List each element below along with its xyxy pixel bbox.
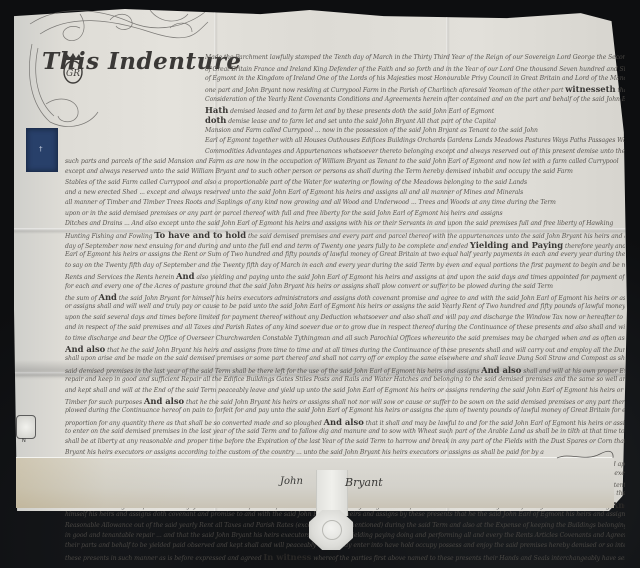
stamp-mark: † [39, 145, 43, 153]
text-line: such parts and parcels of the said Mansi… [65, 157, 625, 167]
line-text: to say on the Twenty fifth day of Septem… [65, 262, 625, 269]
line-text: shall upon arise and be made on the said… [65, 355, 625, 362]
line-text: and in respect of the said premises and … [65, 324, 625, 331]
emphasized-keyword: Hath [205, 105, 228, 115]
seal-emblem-icon [322, 520, 342, 540]
text-line: Ditches and Drains ... And also except u… [65, 219, 625, 229]
line-text: all manner of Timber and Timber Trees Ro… [65, 199, 556, 206]
emphasized-keyword: And also [65, 344, 105, 354]
paper-seal [309, 510, 353, 550]
line-text: Bryant his heirs executors or assigns ac… [65, 449, 544, 456]
line-text: Hunting Fishing and Fowling [65, 233, 152, 240]
text-line: to say on the Twenty fifth day of Septem… [65, 261, 625, 271]
text-line: these presents in such manner as is befo… [65, 552, 625, 562]
text-line: upon the said several days and times bef… [65, 313, 625, 323]
line-text: the sum of [65, 295, 97, 302]
text-line: Hunting Fishing and Fowling To have and … [65, 230, 625, 240]
emphasized-keyword: witnesseth [565, 84, 615, 94]
text-line: Earl of Egmont together with all Houses … [65, 136, 625, 146]
line-text: for each and every one of the Acres of p… [65, 283, 553, 290]
emphasized-keyword: And also [481, 365, 521, 375]
line-text: Rents and Services the Rents herein [65, 274, 174, 281]
line-text: demised leased and to farm let and by th… [230, 108, 494, 115]
line-text: Mansion and Farm called Currypool ... no… [205, 127, 538, 134]
text-line: to time discharge and bear the Office of… [65, 334, 625, 344]
line-text: the said demised premises and every part… [248, 233, 625, 240]
line-text: to enter on the said demised premises in… [65, 428, 625, 435]
emphasized-keyword: And [176, 271, 194, 281]
embossed-duty-stamp [16, 415, 36, 439]
line-text: upon the said several days and times bef… [65, 314, 625, 321]
seal-tag-strip [316, 470, 348, 516]
line-text: shall be at liberty at any reasonable an… [65, 438, 625, 445]
text-line: day of September now next ensuing for an… [65, 240, 625, 250]
text-line: Commodities Advantages and Appurtenances… [65, 147, 625, 157]
text-line: to enter on the said demised premises in… [65, 427, 625, 437]
line-text: whereof the parties first above named to… [313, 555, 625, 562]
line-text: Commodities Advantages and Appurtenances… [205, 148, 625, 155]
signature-fold-band [16, 457, 614, 508]
line-text: Consideration of the Yearly Rent Covenan… [205, 96, 625, 103]
line-text: and a new erected Shed ... except and al… [65, 189, 523, 196]
signature-last-name: Bryant [345, 476, 383, 489]
line-text: of Egmont in the Kingdom of Ireland One … [205, 75, 625, 82]
line-text: Earl of Egmont together with all Houses … [205, 137, 625, 144]
line-text: these presents in such manner as is befo… [65, 555, 262, 562]
text-line: Made the Parchment lawfully stamped the … [65, 53, 625, 63]
emphasized-keyword: In witness [263, 552, 311, 562]
text-line: of Egmont in the Kingdom of Ireland One … [65, 74, 625, 84]
text-line: upon or in the said demised premises or … [65, 209, 625, 219]
line-text: Ditches and Drains ... And also except u… [65, 220, 613, 227]
duty-stamp-label: N [22, 438, 26, 444]
line-text: therefore yearly and every year during t… [565, 243, 625, 250]
line-text: proportion for any quantity there as tha… [65, 420, 322, 427]
line-text: that he the said John Bryant his heirs o… [186, 399, 625, 406]
emphasized-keyword: And [98, 292, 116, 302]
line-text: demise lease and to farm let and set unt… [228, 118, 496, 125]
signature-first-name: John [280, 476, 303, 487]
text-line: the sum of And the said John Bryant for … [65, 292, 625, 302]
line-text: that the said John Earl of Egmont for an… [617, 87, 625, 94]
line-text: said demised premises in the last year o… [65, 368, 479, 375]
line-text: plowed during the Continuance hereof on … [65, 407, 625, 414]
text-line: doth demise lease and to farm let and se… [65, 115, 625, 125]
line-text: and kept shall and will at the End of th… [65, 387, 625, 394]
line-text: also yielding and paying unto the said J… [196, 274, 625, 281]
line-text: Made the Parchment lawfully stamped the … [205, 54, 625, 61]
text-line: all manner of Timber and Timber Trees Ro… [65, 198, 625, 208]
emphasized-keyword: doth [205, 115, 226, 125]
text-line: Timber for such purposes And also that h… [65, 396, 625, 406]
emphasized-keyword: And also [144, 396, 184, 406]
line-text: repair and keep in good and sufficient R… [65, 376, 625, 383]
text-line: one part and John Bryant now residing at… [65, 84, 625, 94]
text-line: Earl of Egmont his heirs or assigns the … [65, 250, 625, 260]
emphasized-keyword: And also [324, 417, 364, 427]
text-line: plowed during the Continuance hereof on … [65, 406, 625, 416]
line-text: to time discharge and bear the Office of… [65, 335, 625, 342]
text-line: except and always reserved unto the said… [65, 167, 625, 177]
text-line: shall be at liberty at any reasonable an… [65, 437, 625, 447]
line-text: the said John Bryant for himself his hei… [119, 295, 625, 302]
line-text: upon or in the said demised premises or … [65, 210, 503, 217]
line-text: or assigns shall and will well and truly… [65, 303, 625, 310]
text-line: for each and every one of the Acres of p… [65, 282, 625, 292]
line-text: except and always reserved unto the said… [65, 168, 573, 175]
line-text: of Great Britain France and Ireland King… [205, 66, 625, 73]
line-text: such parts and parcels of the said Mansi… [65, 158, 618, 165]
text-line: and a new erected Shed ... except and al… [65, 188, 625, 198]
revenue-stamp: † [26, 128, 58, 172]
text-line: Hath demised leased and to farm let and … [65, 105, 625, 115]
text-line: And also that he the said John Bryant hi… [65, 344, 625, 354]
witness-flourish-icon [555, 450, 615, 464]
line-text: Stables of the said Farm called Currypoo… [65, 179, 527, 186]
text-line: Consideration of the Yearly Rent Covenan… [65, 95, 625, 105]
line-text: shall and will at his own proper Expence… [523, 368, 625, 375]
text-line: Rents and Services the Rents herein And … [65, 271, 625, 281]
line-text: day of September now next ensuing for an… [65, 243, 468, 250]
text-line: proportion for any quantity there as tha… [65, 417, 625, 427]
text-line: repair and keep in good and sufficient R… [65, 375, 625, 385]
text-line: and in respect of the said premises and … [65, 323, 625, 333]
text-line: of Great Britain France and Ireland King… [65, 63, 625, 73]
emphasized-keyword: To have and to hold [154, 230, 246, 240]
line-text: that he the said John Bryant his heirs a… [107, 347, 625, 354]
text-line: or assigns shall and will well and truly… [65, 302, 625, 312]
line-text: that it shall and may be lawful to and f… [366, 420, 625, 427]
line-text: Earl of Egmont his heirs or assigns the … [65, 251, 625, 258]
text-line: said demised premises in the last year o… [65, 365, 625, 375]
text-line: and kept shall and will at the End of th… [65, 386, 625, 396]
text-line: Mansion and Farm called Currypool ... no… [65, 126, 625, 136]
emphasized-keyword: Yielding and Paying [470, 240, 563, 250]
text-line: Stables of the said Farm called Currypoo… [65, 178, 625, 188]
line-text: Timber for such purposes [65, 399, 142, 406]
text-line: shall upon arise and be made on the said… [65, 354, 625, 364]
line-text: one part and John Bryant now residing at… [205, 87, 563, 94]
